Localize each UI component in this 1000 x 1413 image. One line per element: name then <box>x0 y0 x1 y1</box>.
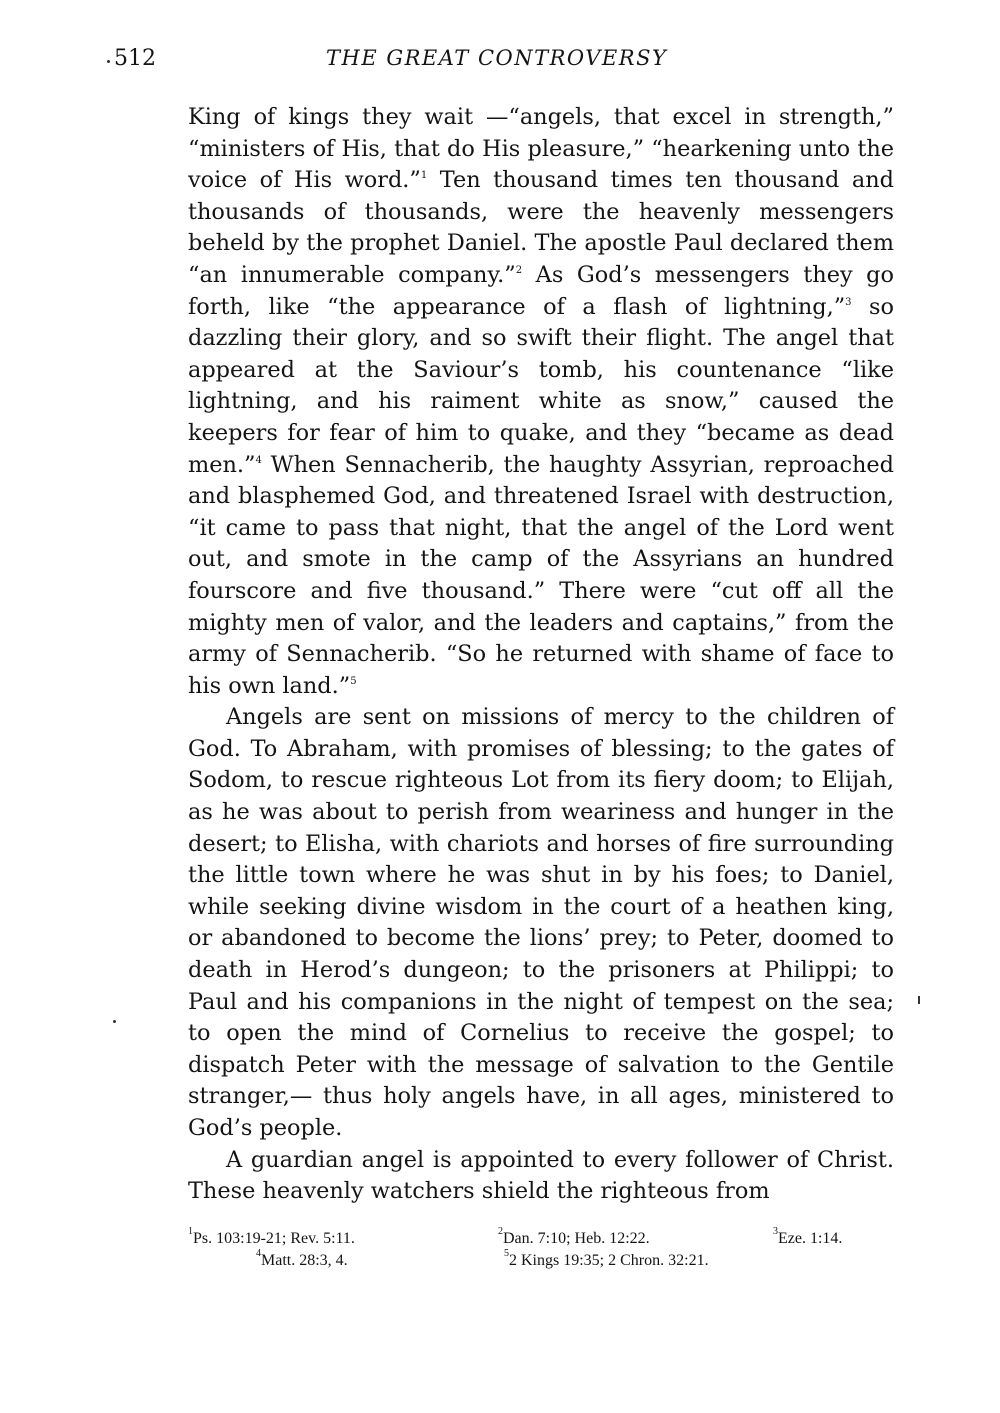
footnote-row: 4Matt. 28:3, 4. 52 Kings 19:35; 2 Chron.… <box>188 1250 898 1272</box>
footnote-row: 1Ps. 103:19-21; Rev. 5:11. 2Dan. 7:10; H… <box>188 1228 898 1250</box>
scan-speck <box>113 1020 116 1023</box>
scan-speck <box>918 996 920 1004</box>
footnote: 52 Kings 19:35; 2 Chron. 32:21. <box>504 1250 709 1272</box>
footnote-text: Dan. 7:10; Heb. 12:22. <box>503 1230 650 1247</box>
footnote-text: Matt. 28:3, 4. <box>261 1252 348 1269</box>
scan-speck <box>107 60 110 63</box>
footnote: 3Eze. 1:14. <box>773 1228 842 1250</box>
footnote-text: Ps. 103:19-21; Rev. 5:11. <box>193 1230 355 1247</box>
footnotes: 1Ps. 103:19-21; Rev. 5:11. 2Dan. 7:10; H… <box>188 1228 898 1272</box>
book-page: 512 THE GREAT CONTROVERSY King of kings … <box>0 0 1000 1413</box>
footnote-marker: 5 <box>350 676 356 687</box>
footnote-text: Eze. 1:14. <box>778 1230 842 1247</box>
body-text: King of kings they wait —“angels, that e… <box>188 102 894 1208</box>
footnote-text: 2 Kings 19:35; 2 Chron. 32:21. <box>509 1252 709 1269</box>
footnote: 2Dan. 7:10; Heb. 12:22. <box>498 1228 650 1250</box>
paragraph: King of kings they wait —“angels, that e… <box>188 102 894 702</box>
footnote: 1Ps. 103:19-21; Rev. 5:11. <box>188 1228 355 1250</box>
page-header: 512 THE GREAT CONTROVERSY <box>114 46 904 76</box>
paragraph: A guardian angel is appointed to every f… <box>188 1145 894 1208</box>
text-run: so dazzling their glory, and so swift th… <box>188 294 894 478</box>
footnote: 4Matt. 28:3, 4. <box>256 1250 348 1272</box>
running-head: THE GREAT CONTROVERSY <box>326 46 667 70</box>
page-number: 512 <box>114 46 156 71</box>
paragraph: Angels are sent on missions of mercy to … <box>188 702 894 1144</box>
text-run: When Sennacherib, the haughty Assyrian, … <box>188 452 894 699</box>
